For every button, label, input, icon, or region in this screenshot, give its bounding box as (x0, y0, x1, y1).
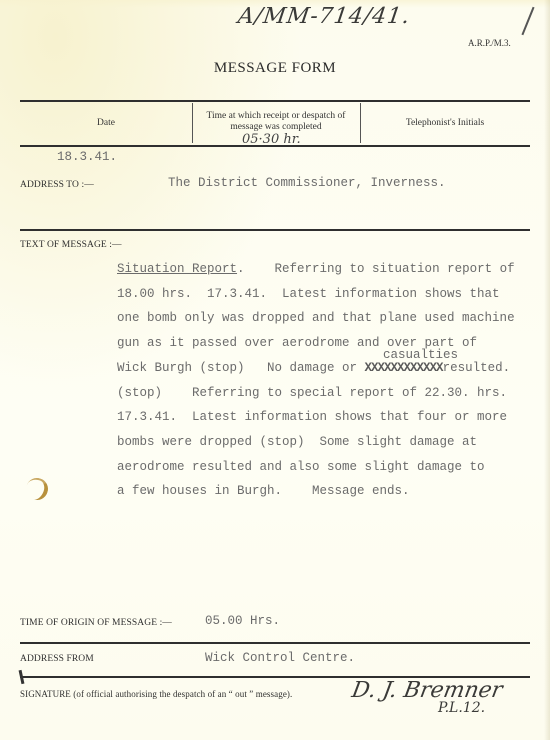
address-to-value: The District Commissioner, Inverness. (168, 176, 446, 190)
message-text: . Referring to situation report of (237, 262, 515, 276)
message-line: Wick Burgh (stop) No damage or XXXXXXXXX… (117, 361, 510, 375)
address-from-label: ADDRESS FROM (20, 654, 94, 664)
interlinear-insert: casualties (383, 348, 458, 362)
address-to-label: ADDRESS TO :— (20, 180, 94, 190)
form-code: A.R.P./M.3. (468, 38, 511, 48)
address-rule (20, 229, 530, 231)
message-line: Situation Report. Referring to situation… (117, 262, 515, 276)
message-line: one bomb only was dropped and that plane… (117, 311, 515, 325)
message-line: (stop) Referring to special report of 22… (117, 386, 507, 400)
form-title: MESSAGE FORM (0, 60, 550, 77)
message-text: (stop) Referring to special report of 22… (117, 386, 507, 400)
message-text: a few houses in Burgh. Message ends. (117, 484, 410, 498)
message-text: 18.00 hrs. 17.3.41. Latest information s… (117, 287, 500, 301)
message-text: Situation Report (117, 262, 237, 276)
message-text: 17.3.41. Latest information shows that f… (117, 410, 507, 424)
message-line: aerodrome resulted and also some slight … (117, 460, 485, 474)
header-bottom-rule (20, 145, 530, 147)
message-text: one bomb only was dropped and that plane… (117, 311, 515, 325)
time-of-origin-label: TIME OF ORIGIN OF MESSAGE :— (20, 618, 172, 628)
struck-out-text: XXXXXXXXXXXX (365, 361, 443, 375)
header-date: Date (20, 101, 192, 145)
origin-rule (20, 642, 530, 644)
header-telephonist-initials: Telephonist's Initials (361, 101, 529, 145)
message-text: Wick Burgh (stop) No damage or (117, 361, 365, 375)
date-value: 18.3.41. (57, 150, 117, 164)
message-text: bombs were dropped (stop) Some slight da… (117, 435, 477, 449)
message-text: resulted. (443, 361, 511, 375)
message-line: 17.3.41. Latest information shows that f… (117, 410, 507, 424)
address-from-value: Wick Control Centre. (205, 651, 355, 665)
message-line: a few houses in Burgh. Message ends. (117, 484, 410, 498)
signature-initials: P.L.12. (438, 700, 485, 716)
message-line: 18.00 hrs. 17.3.41. Latest information s… (117, 287, 500, 301)
signature-label: SIGNATURE (of official authorising the d… (20, 689, 292, 699)
message-text: aerodrome resulted and also some slight … (117, 460, 485, 474)
message-line: bombs were dropped (stop) Some slight da… (117, 435, 477, 449)
text-of-message-label: TEXT OF MESSAGE :— (20, 240, 122, 250)
time-of-origin-value: 05.00 Hrs. (205, 614, 280, 628)
handwritten-reference: A/MM-714/41. (236, 4, 412, 29)
paper-edge-shadow (544, 0, 550, 740)
header-divider (192, 103, 193, 143)
